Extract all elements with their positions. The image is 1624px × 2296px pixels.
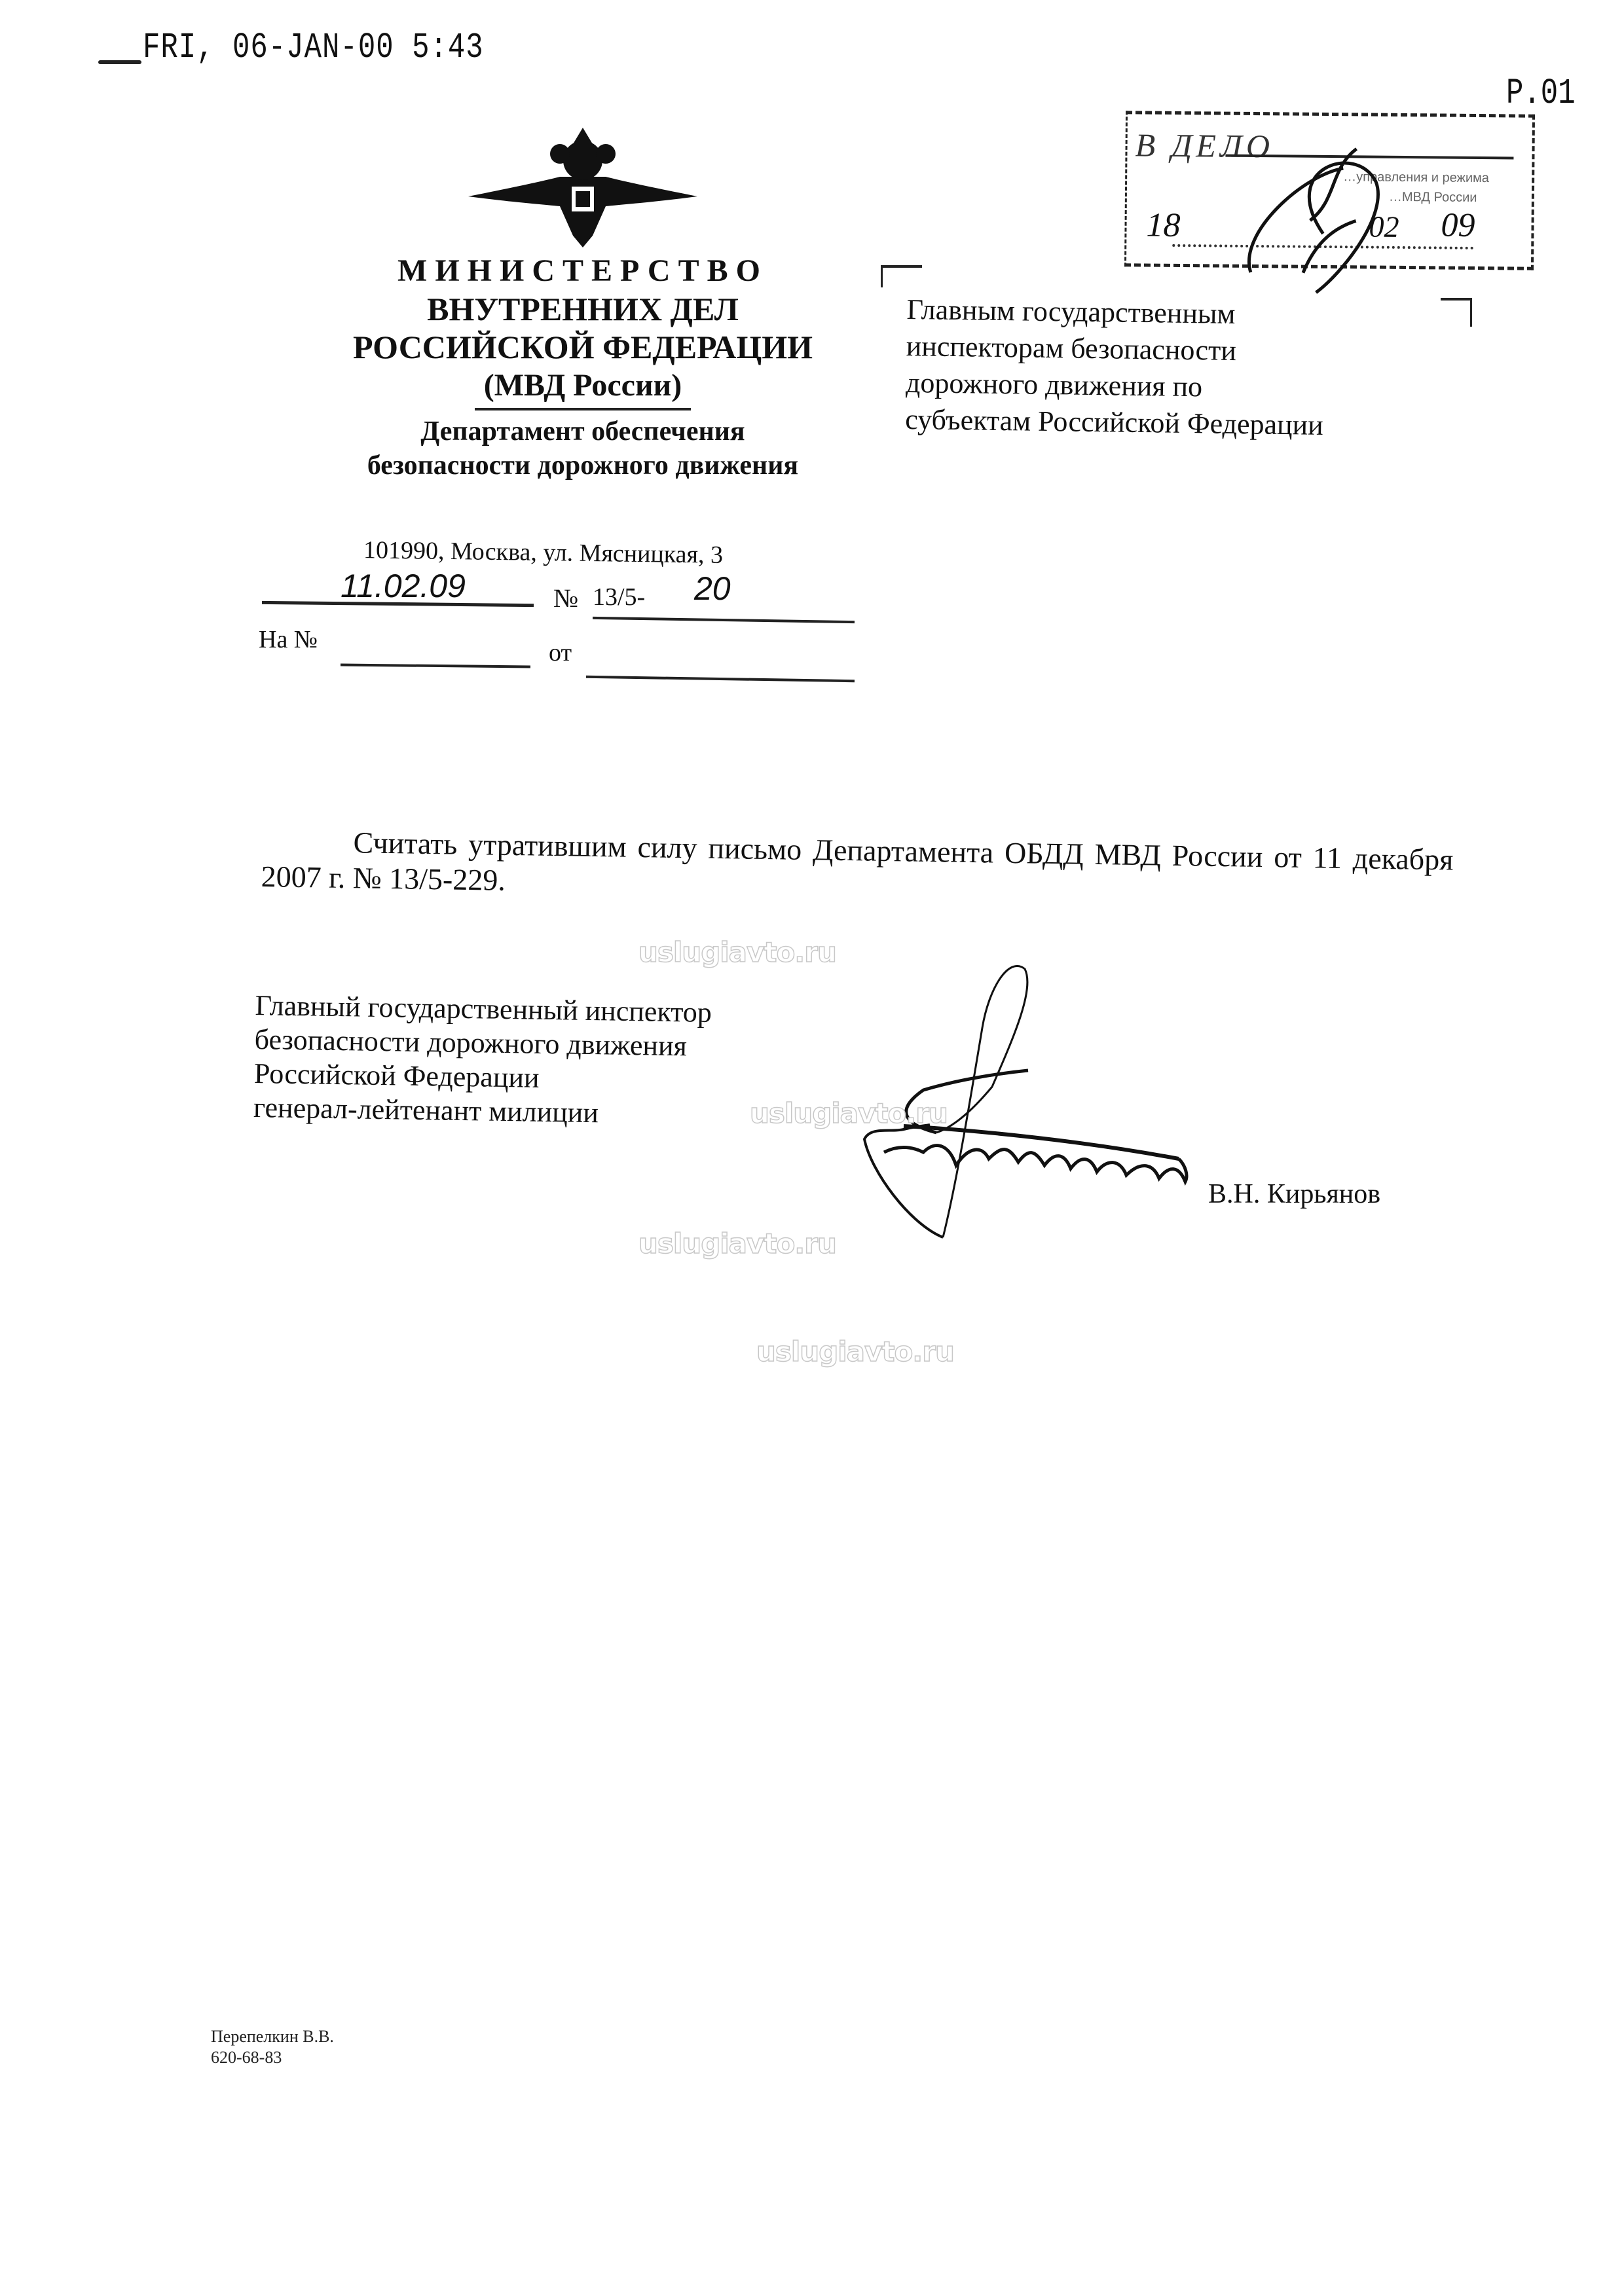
page-number: P.01 [1506,73,1576,115]
outgoing-number-label: № [553,583,578,613]
addressee-line: инспекторам безопасности [906,328,1324,371]
fax-header: FRI, 06-JAN-00 5:43 [143,27,484,69]
watermark: uslugiavto.ru [756,1336,954,1368]
outgoing-number-handwritten: 20 [694,570,731,608]
address-corner-mark [881,265,922,287]
department-name: безопасности дорожного движения [314,448,851,483]
resolution-signature-icon [1225,141,1422,301]
ministry-abbr: (МВД России) [314,366,851,405]
watermark: uslugiavto.ru [638,1228,836,1260]
watermark: uslugiavto.ru [750,1097,948,1129]
executor-info: Перепелкин В.В. 620-68-83 [211,2026,334,2068]
stamp-day: 18 [1146,206,1181,245]
eagle-crest-icon [462,124,704,249]
divider [475,408,691,410]
reference-number-line [341,663,530,668]
ministry-title: МИНИСТЕРСТВО [314,252,851,290]
outgoing-number: 13/5- [593,583,645,611]
date-line [262,601,534,607]
fax-header-mark [98,60,141,64]
ministry-title: ВНУТРЕННИХ ДЕЛ [314,290,851,328]
watermark: uslugiavto.ru [638,936,836,968]
addressee-line: дорожного движения по [906,365,1324,407]
executor-phone: 620-68-83 [211,2047,334,2068]
address-corner-mark [1441,298,1472,327]
reference-date-label: от [549,638,572,667]
outgoing-date: 11.02.09 [341,567,466,605]
addressee-line: Главным государственным [906,291,1325,334]
ministry-title: РОССИЙСКОЙ ФЕДЕРАЦИИ [314,328,851,366]
reference-date-line [586,676,855,682]
addressee-block: Главным государственным инспекторам безо… [905,291,1325,444]
letterhead: МИНИСТЕРСТВО ВНУТРЕННИХ ДЕЛ РОССИЙСКОЙ Ф… [314,252,851,483]
executor-name: Перепелкин В.В. [211,2026,334,2047]
registration-stamp: В ДЕЛО …управления и режима …МВД России … [1124,111,1535,270]
department-name: Департамент обеспечения [314,414,851,448]
stamp-year: 09 [1441,206,1475,244]
address: 101990, Москва, ул. Мясницкая, 3 [363,536,724,570]
addressee-line: субъектам Российской Федерации [905,401,1323,444]
signatory-rank: генерал-лейтенант милиции [253,1091,710,1132]
signatory-name: В.Н. Кирьянов [1208,1178,1380,1210]
number-line [593,617,855,623]
reference-number-label: На № [259,625,318,654]
body-paragraph: Считать утратившим силу письмо Департаме… [261,826,1453,897]
signatory-block: Главный государственный инспектор безопа… [253,989,712,1132]
letter-body: Считать утратившим силу письмо Департаме… [261,824,1453,913]
